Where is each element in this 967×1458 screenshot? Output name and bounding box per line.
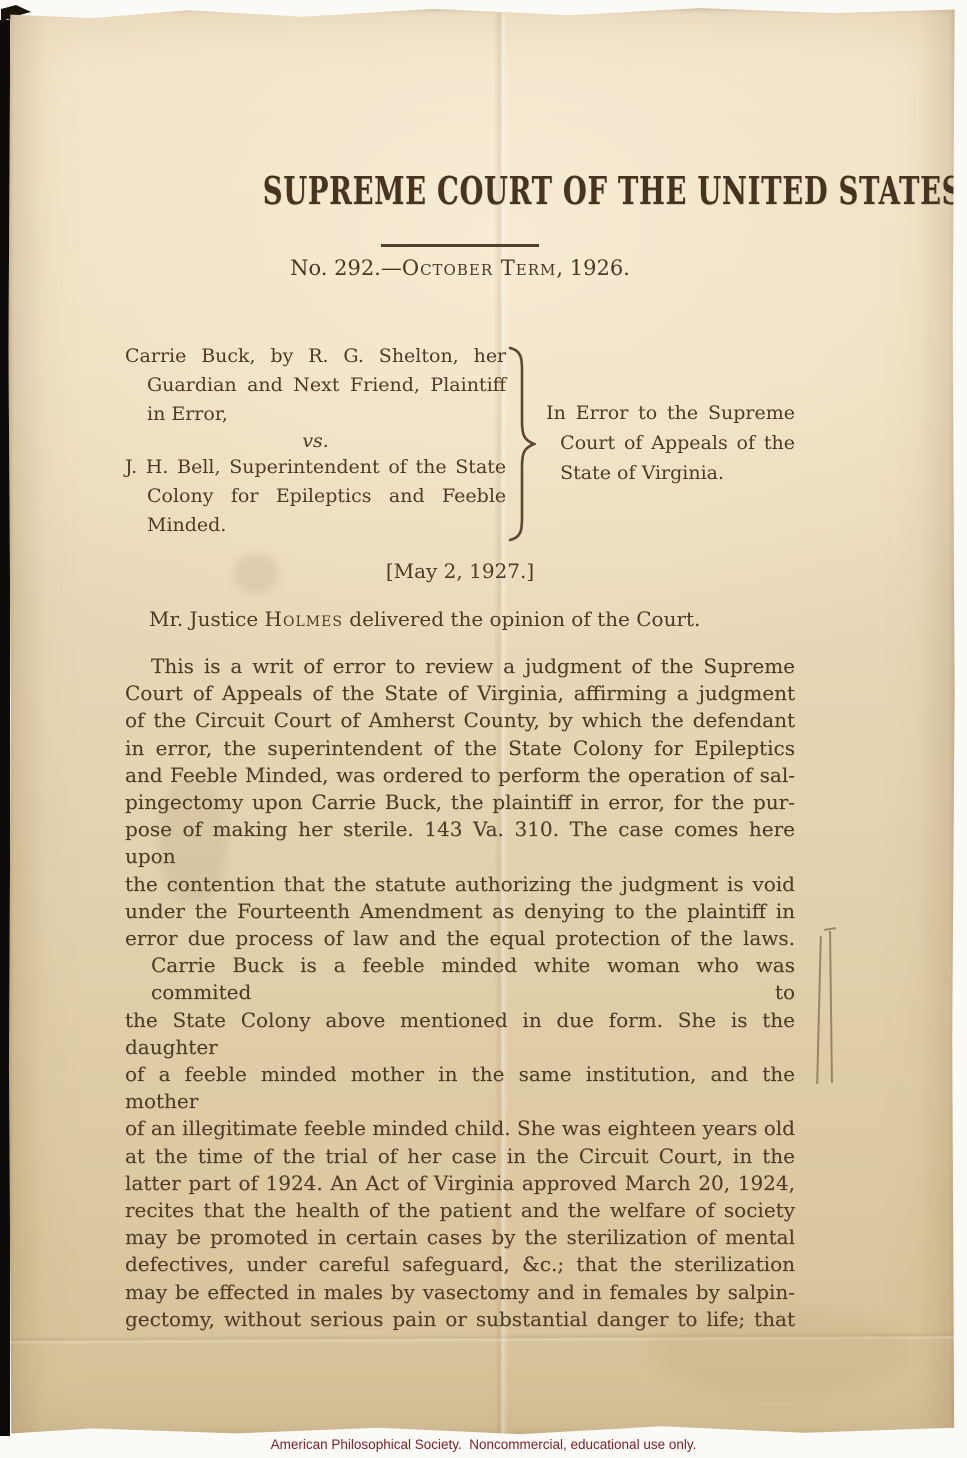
margin-pencil-mark bbox=[829, 931, 833, 1083]
docket-line: No. 292.—October Term, 1926. bbox=[125, 255, 795, 282]
body-text-line: Carrie Buck is a feeble minded white wom… bbox=[125, 952, 795, 1006]
jurisdiction-line: State of Virginia. bbox=[546, 458, 795, 488]
body-text-line: the contention that the statute authoriz… bbox=[125, 871, 795, 898]
court-title-text: SUPREME COURT OF THE UNITED STATES. bbox=[263, 168, 967, 214]
body-text-line: under the Fourteenth Amendment as denyin… bbox=[125, 898, 795, 925]
docket-term: October Term bbox=[402, 256, 557, 280]
credit-line: American Philosophical Society. Noncomme… bbox=[0, 1437, 967, 1452]
defendant-line: J. H. Bell, Superintendent of the State bbox=[125, 453, 506, 482]
defendant-line: Minded. bbox=[125, 511, 506, 540]
defendant-line: Colony for Epileptics and Feeble bbox=[125, 482, 506, 511]
body-text-line: This is a writ of error to review a judg… bbox=[125, 653, 795, 680]
body-text-line: defectives, under careful safeguard, &c.… bbox=[125, 1251, 795, 1278]
decision-date: [May 2, 1927.] bbox=[125, 558, 795, 584]
title-divider-rule bbox=[381, 244, 539, 247]
body-text-line: may be effected in males by vasectomy an… bbox=[125, 1279, 795, 1306]
opinion-text-column: SUPREME COURT OF THE UNITED STATES. No. … bbox=[125, 6, 795, 1333]
jurisdiction-line: Court of Appeals of the bbox=[546, 428, 795, 458]
jurisdiction-block: In Error to the SupremeCourt of Appeals … bbox=[546, 398, 795, 488]
body-text-line: may be promoted in certain cases by the … bbox=[125, 1224, 795, 1251]
case-caption: Carrie Buck, by R. G. Shelton, herGuardi… bbox=[125, 342, 795, 544]
body-text-line: pingectomy upon Carrie Buck, the plainti… bbox=[125, 789, 795, 816]
author-suffix: delivered the opinion of the Court. bbox=[343, 607, 700, 631]
justice-name: Holmes bbox=[265, 607, 343, 631]
body-text-line: at the time of the trial of her case in … bbox=[125, 1143, 795, 1170]
body-text-line: the State Colony above mentioned in due … bbox=[125, 1007, 795, 1061]
opinion-paragraph-1: This is a writ of error to review a judg… bbox=[125, 653, 795, 952]
scanner-edge-strip bbox=[0, 20, 10, 1436]
body-text-line: pose of making her sterile. 143 Va. 310.… bbox=[125, 816, 795, 870]
plaintiff-line: in Error, bbox=[125, 400, 506, 429]
parties-block: Carrie Buck, by R. G. Shelton, herGuardi… bbox=[125, 342, 506, 540]
body-text-line: of a feeble minded mother in the same in… bbox=[125, 1061, 795, 1115]
docket-year: , 1926. bbox=[556, 256, 629, 280]
docket-number: No. 292.— bbox=[290, 256, 402, 280]
plaintiff-line: Guardian and Next Friend, Plaintiff bbox=[125, 371, 506, 400]
margin-pencil-mark bbox=[816, 936, 822, 1084]
opinion-author-line: Mr. Justice Holmes delivered the opinion… bbox=[125, 606, 795, 633]
body-text-line: recites that the health of the patient a… bbox=[125, 1197, 795, 1224]
body-text-line: latter part of 1924. An Act of Virginia … bbox=[125, 1170, 795, 1197]
body-text-line: in error, the superintendent of the Stat… bbox=[125, 735, 795, 762]
body-text-line: of an illegitimate feeble minded child. … bbox=[125, 1115, 795, 1142]
jurisdiction-line: In Error to the Supreme bbox=[546, 398, 795, 428]
caption-brace bbox=[506, 344, 536, 544]
scan-background: SUPREME COURT OF THE UNITED STATES. No. … bbox=[0, 0, 967, 1458]
body-text-line: gectomy, without serious pain or substan… bbox=[125, 1306, 795, 1333]
body-text-line: Court of Appeals of the State of Virgini… bbox=[125, 680, 795, 707]
opinion-paragraph-2: Carrie Buck is a feeble minded white wom… bbox=[125, 952, 795, 1333]
author-prefix: Mr. Justice bbox=[149, 607, 265, 631]
document-page: SUPREME COURT OF THE UNITED STATES. No. … bbox=[8, 6, 956, 1437]
plaintiff-block: Carrie Buck, by R. G. Shelton, herGuardi… bbox=[125, 342, 506, 429]
defendant-block: J. H. Bell, Superintendent of the StateC… bbox=[125, 453, 506, 540]
body-text-line: of the Circuit Court of Amherst County, … bbox=[125, 707, 795, 734]
court-title: SUPREME COURT OF THE UNITED STATES. bbox=[125, 168, 795, 214]
versus-label: vs. bbox=[125, 429, 506, 453]
plaintiff-line: Carrie Buck, by R. G. Shelton, her bbox=[125, 342, 506, 371]
body-text-line: and Feeble Minded, was ordered to perfor… bbox=[125, 762, 795, 789]
body-text-line: error due process of law and the equal p… bbox=[125, 925, 795, 952]
